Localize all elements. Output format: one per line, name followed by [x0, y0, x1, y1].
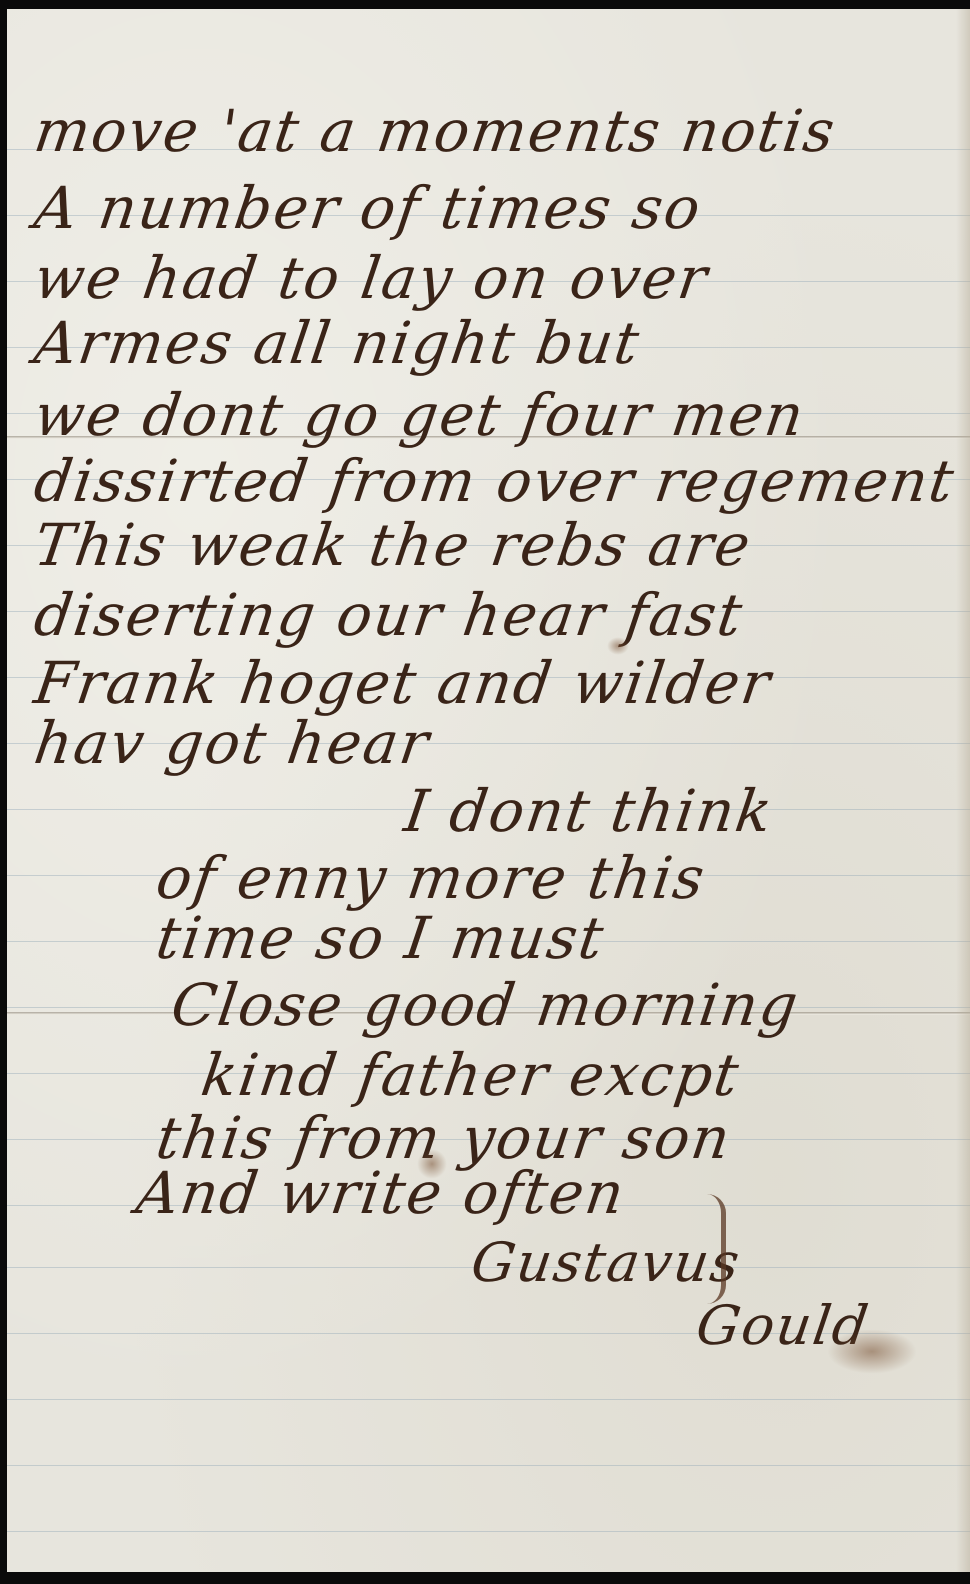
letter-line: diserting our hear fast — [30, 581, 748, 649]
ruled-line — [7, 1531, 970, 1532]
letter-line: Close good morning — [167, 971, 803, 1039]
letter-line: Frank hoget and wilder — [30, 649, 776, 717]
letter-line: time so I must — [152, 904, 609, 972]
ink-stain — [827, 1329, 917, 1374]
letter-line: And write often — [132, 1159, 630, 1227]
letter-line: A number of times so — [30, 174, 706, 242]
letter-line: kind father excpt — [197, 1041, 744, 1109]
letter-line: dissirted from over regement — [30, 447, 959, 515]
ruled-line — [7, 1399, 970, 1400]
letter-line: Armes all night but — [30, 309, 645, 377]
letter-line: of enny more this — [152, 844, 710, 912]
letter-line: This weak the rebs are — [30, 511, 756, 579]
ink-smear — [707, 1194, 726, 1304]
signature-first-name: Gustavus — [468, 1231, 745, 1294]
letter-line: we dont go get four men — [30, 381, 809, 449]
letter-line: move 'at a moments notis — [30, 97, 840, 165]
letter-page: move 'at a moments notis A number of tim… — [7, 9, 970, 1572]
letter-line: I dont think — [400, 777, 778, 845]
letter-line: hav got hear — [30, 709, 434, 777]
ink-stain — [417, 1149, 447, 1179]
paper-edge-shadow — [956, 9, 970, 1572]
ink-stain — [607, 637, 629, 655]
letter-line: we had to lay on over — [30, 244, 713, 312]
ruled-line — [7, 1465, 970, 1466]
